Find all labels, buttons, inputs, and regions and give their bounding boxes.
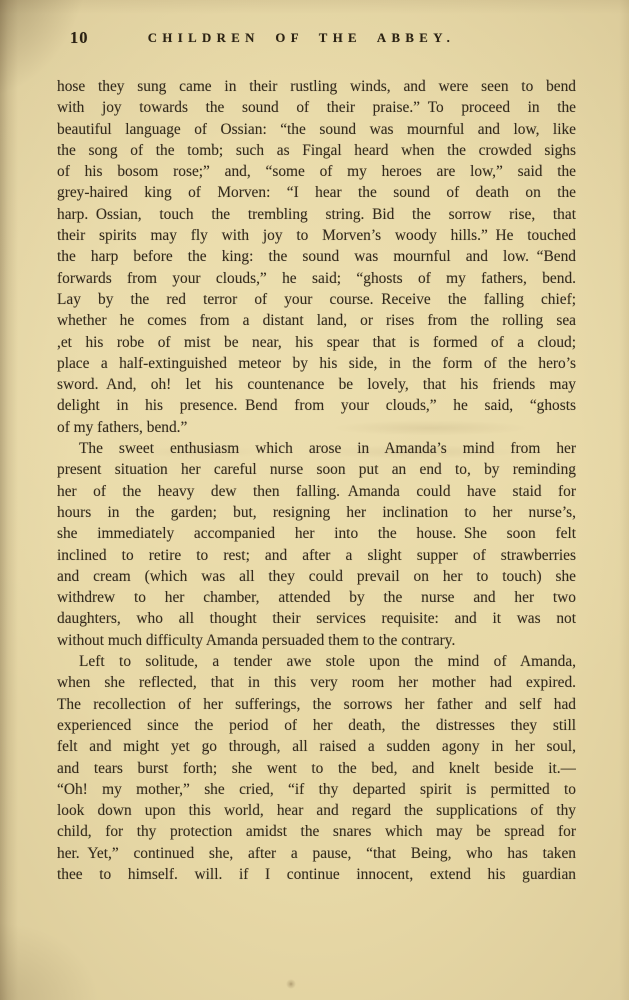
text-line: grey-haired king of Morven: “I hear the … bbox=[57, 182, 576, 203]
text-line: without much difficulty Amanda persuaded… bbox=[57, 630, 576, 651]
text-line: she immediately accompanied her into the… bbox=[57, 523, 576, 544]
book-page-scan: 10 CHILDREN OF THE ABBEY. hose they sung… bbox=[0, 0, 629, 1000]
text-line: Left to solitude, a tender awe stole upo… bbox=[57, 651, 576, 672]
text-line: The sweet enthusiasm which arose in Aman… bbox=[57, 438, 576, 459]
text-line: inclined to retire to rest; and after a … bbox=[57, 545, 576, 566]
text-line: the song of the tomb; such as Fingal hea… bbox=[57, 140, 576, 161]
paragraph: Left to solitude, a tender awe stole upo… bbox=[57, 651, 576, 885]
text-line: hours in the garden; but, resigning her … bbox=[57, 502, 576, 523]
text-line: place a half-extinguished meteor by his … bbox=[57, 353, 576, 374]
text-line: ,et his robe of mist be near, his spear … bbox=[57, 332, 576, 353]
text-line: felt and might yet go through, all raise… bbox=[57, 736, 576, 757]
text-line: daughters, who all thought their service… bbox=[57, 608, 576, 629]
text-line: “Oh! my mother,” she cried, “if thy depa… bbox=[57, 779, 576, 800]
text-line: Lay by the red terror of your course. Re… bbox=[57, 289, 576, 310]
text-line: The recollection of her sufferings, the … bbox=[57, 694, 576, 715]
text-line: their spirits may fly with joy to Morven… bbox=[57, 225, 576, 246]
text-line: delight in his presence. Bend from your … bbox=[57, 395, 576, 416]
text-line: of his bosom rose;” and, “some of my her… bbox=[57, 161, 576, 182]
text-line: harp. Ossian, touch the trembling string… bbox=[57, 204, 576, 225]
text-line: with joy towards the sound of their prai… bbox=[57, 97, 576, 118]
text-line: sword. And, oh! let his countenance be l… bbox=[57, 374, 576, 395]
text-line: beautiful language of Ossian: “the sound… bbox=[57, 119, 576, 140]
text-line: the harp before the king: the sound was … bbox=[57, 246, 576, 267]
page-number: 10 bbox=[70, 28, 89, 48]
text-line: whether he comes from a distant land, or… bbox=[57, 310, 576, 331]
text-line: forwards from your clouds,” he said; “gh… bbox=[57, 268, 576, 289]
text-line: hose they sung came in their rustling wi… bbox=[57, 76, 576, 97]
text-line: and tears burst forth; she went to the b… bbox=[57, 758, 576, 779]
text-line: of my fathers, bend.” bbox=[57, 417, 576, 438]
text-line: when she reflected, that in this very ro… bbox=[57, 672, 576, 693]
text-line: thee to himself. will. if I continue inn… bbox=[57, 864, 576, 885]
text-line: experienced since the period of her deat… bbox=[57, 715, 576, 736]
text-line: withdrew to her chamber, attended by the… bbox=[57, 587, 576, 608]
running-title: CHILDREN OF THE ABBEY. bbox=[148, 31, 455, 46]
text-block: hose they sung came in their rustling wi… bbox=[57, 76, 576, 885]
paragraph: The sweet enthusiasm which arose in Aman… bbox=[57, 438, 576, 651]
paragraph: hose they sung came in their rustling wi… bbox=[57, 76, 576, 438]
text-line: child, for thy protection amidst the sna… bbox=[57, 821, 576, 842]
text-line: look down upon this world, hear and rega… bbox=[57, 800, 576, 821]
text-line: her. Yet,” continued she, after a pause,… bbox=[57, 843, 576, 864]
page-header: 10 CHILDREN OF THE ABBEY. bbox=[57, 28, 576, 50]
text-line: her of the heavy dew then falling. Amand… bbox=[57, 481, 576, 502]
text-line: and cream (which was all they could prev… bbox=[57, 566, 576, 587]
text-line: present situation her careful nurse soon… bbox=[57, 459, 576, 480]
